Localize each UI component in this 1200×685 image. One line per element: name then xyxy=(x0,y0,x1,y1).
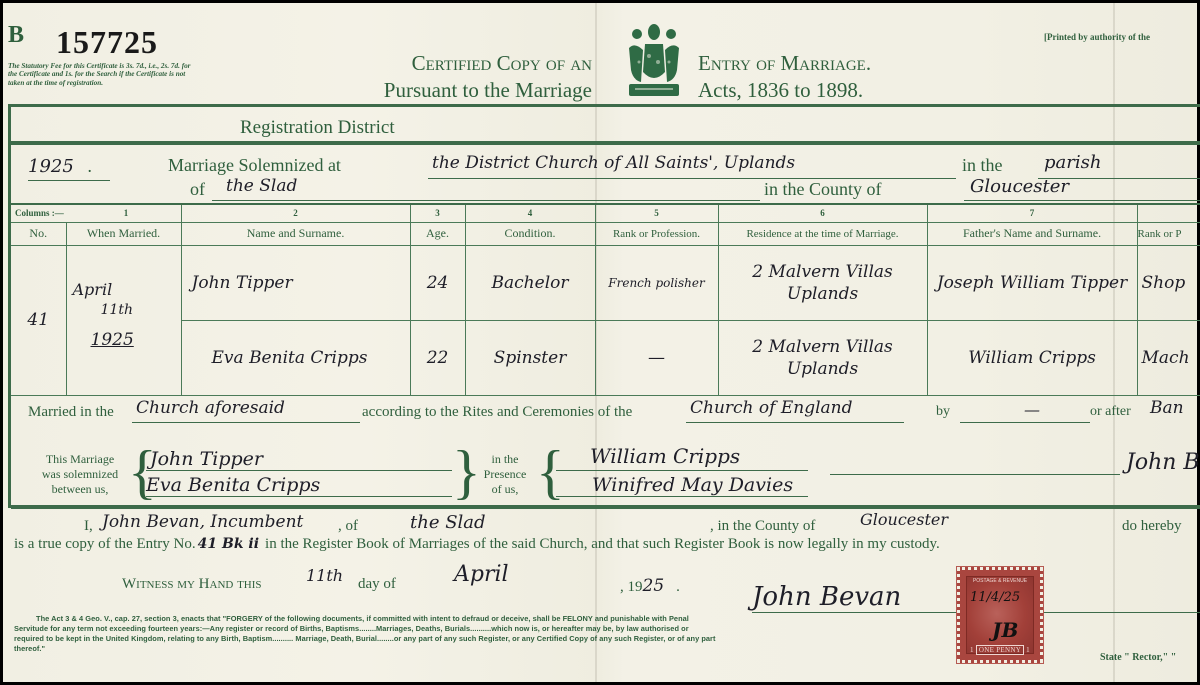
rites-value: Church of England xyxy=(690,398,852,418)
officiant-signature: John B xyxy=(1126,450,1200,475)
certifier-signature: John Bevan xyxy=(752,582,901,612)
certifier-name: John Bevan, Incumbent xyxy=(102,512,303,532)
certifier-county: Gloucester xyxy=(860,510,948,529)
groom-residence: 2 Malvern Villas Uplands xyxy=(718,245,927,320)
header-condition: Condition. xyxy=(465,222,595,245)
groom-age: 24 xyxy=(410,245,465,320)
royal-coat-of-arms-icon xyxy=(625,22,683,100)
parish-name: the Slad xyxy=(226,176,297,196)
title-line-1-left: Certified Copy of an xyxy=(300,50,592,77)
column-numbers-row: Columns :—1 2 3 4 5 6 7 xyxy=(11,205,1200,222)
column-number: 7 xyxy=(927,205,1137,222)
when-married: April 11th 1925 xyxy=(66,245,181,395)
presence-label: in the Presence of us, xyxy=(474,452,536,497)
entry-number: 41 xyxy=(11,245,66,395)
title-line-1-right: Entry of Marriage. xyxy=(698,50,871,77)
left-brace: { xyxy=(536,442,565,502)
one-penny-revenue-stamp: POSTAGE & REVENUE 11/4/25 JB 1 ONE PENNY… xyxy=(957,567,1043,663)
marriage-place: the District Church of All Saints', Upla… xyxy=(432,153,795,173)
series-letter: B xyxy=(8,22,24,49)
witness-day: 11th xyxy=(306,566,343,585)
header-name: Name and Surname. xyxy=(181,222,410,245)
column-number: 2 xyxy=(181,205,410,222)
by-label: by xyxy=(936,404,950,420)
bride-name: Eva Benita Cripps xyxy=(181,320,410,395)
bride-signature: Eva Benita Cripps xyxy=(146,474,320,496)
bride-rank: — xyxy=(595,320,718,395)
stamp-cancel-date: 11/4/25 xyxy=(970,590,1020,605)
column-number: 6 xyxy=(718,205,927,222)
title-left: Certified Copy of an Pursuant to the Mar… xyxy=(300,50,592,104)
county-label: in the County of xyxy=(764,179,882,200)
groom-rank: French polisher xyxy=(595,245,718,320)
of-label: , of xyxy=(338,518,358,535)
witness-year: , 1925. xyxy=(620,576,680,596)
witness-month: April xyxy=(454,562,509,587)
or-after-label: or after xyxy=(1090,404,1131,420)
column-number: 3 xyxy=(410,205,465,222)
rites-label: according to the Rites and Ceremonies of… xyxy=(362,404,632,421)
bride-residence: 2 Malvern Villas Uplands xyxy=(718,320,927,395)
forgery-warning: The Act 3 & 4 Geo. V., cap. 27, section … xyxy=(14,614,720,654)
groom-condition: Bachelor xyxy=(465,245,595,320)
groom-father-rank: Shop xyxy=(1137,245,1200,320)
serial-number: 157725 xyxy=(56,24,158,61)
state-rector-note: State " Rector," " xyxy=(1100,652,1176,663)
marriage-register-table: Columns :—1 2 3 4 5 6 7 No. When Married… xyxy=(11,205,1200,396)
header-father: Father's Name and Surname. xyxy=(927,222,1137,245)
title-line-2-left: Pursuant to the Marriage xyxy=(300,77,592,104)
column-number xyxy=(1137,205,1200,222)
solemnized-at-label: Marriage Solemnized at xyxy=(168,155,341,176)
do-hereby-label: do hereby xyxy=(1122,518,1182,535)
column-headers-row: No. When Married. Name and Surname. Age.… xyxy=(11,222,1200,245)
married-in-value: Church aforesaid xyxy=(136,398,285,418)
county-value: Gloucester xyxy=(970,176,1069,197)
married-in-label: Married in the xyxy=(28,404,114,421)
county-label: , in the County of xyxy=(710,518,815,535)
column-number: 5 xyxy=(595,205,718,222)
statutory-fee-note: The Statutory Fee for this Certificate i… xyxy=(8,62,192,87)
by-value: — xyxy=(1024,400,1040,419)
table-row: 41 April 11th 1925 John Tipper 24 Bachel… xyxy=(11,245,1200,320)
groom-name: John Tipper xyxy=(181,245,410,320)
header-father-rank: Rank or P xyxy=(1137,222,1200,245)
or-after-value: Ban xyxy=(1150,398,1184,418)
bride-father: William Cripps xyxy=(927,320,1137,395)
parish-type: parish xyxy=(1044,152,1101,173)
day-of-label: day of xyxy=(358,576,396,593)
title-right: Entry of Marriage. Acts, 1836 to 1898. xyxy=(698,50,871,104)
title-line-2-right: Acts, 1836 to 1898. xyxy=(698,77,871,104)
certification-i-label: I, xyxy=(84,518,93,535)
header-when-married: When Married. xyxy=(66,222,181,245)
groom-father: Joseph William Tipper xyxy=(927,245,1137,320)
solemnized-between-label: This Marriage was solemnized between us, xyxy=(30,452,130,497)
witness-hand-label: Witness my Hand this xyxy=(122,576,262,593)
witness-2-signature: Winifred May Davies xyxy=(592,474,793,496)
columns-label: Columns :—1 xyxy=(11,205,181,222)
divider xyxy=(11,141,1200,145)
bride-father-rank: Mach xyxy=(1137,320,1200,395)
printed-by-authority: [Printed by authority of the xyxy=(1044,32,1150,42)
header-rank: Rank or Profession. xyxy=(595,222,718,245)
table-row: Eva Benita Cripps 22 Spinster — 2 Malver… xyxy=(11,320,1200,395)
in-the-label: in the xyxy=(962,155,1003,176)
registration-district-label: Registration District xyxy=(240,117,395,139)
marriage-year: 1925. xyxy=(28,156,92,177)
groom-signature: John Tipper xyxy=(150,448,263,470)
bride-age: 22 xyxy=(410,320,465,395)
stamp-denomination: 1 ONE PENNY 1 xyxy=(964,646,1036,654)
entry-reference: 41 Bk ii xyxy=(198,536,259,552)
column-number: 4 xyxy=(465,205,595,222)
header-residence: Residence at the time of Marriage. xyxy=(718,222,927,245)
header-no: No. xyxy=(11,222,66,245)
true-copy-text: is a true copy of the Entry No.41 Bk iii… xyxy=(14,536,940,553)
of-label: of xyxy=(190,179,205,200)
stamp-cancel-initials: JB xyxy=(992,618,1018,642)
header-age: Age. xyxy=(410,222,465,245)
certifier-parish: the Slad xyxy=(410,512,486,533)
witness-1-signature: William Cripps xyxy=(590,444,740,468)
bride-condition: Spinster xyxy=(465,320,595,395)
divider xyxy=(11,505,1200,509)
